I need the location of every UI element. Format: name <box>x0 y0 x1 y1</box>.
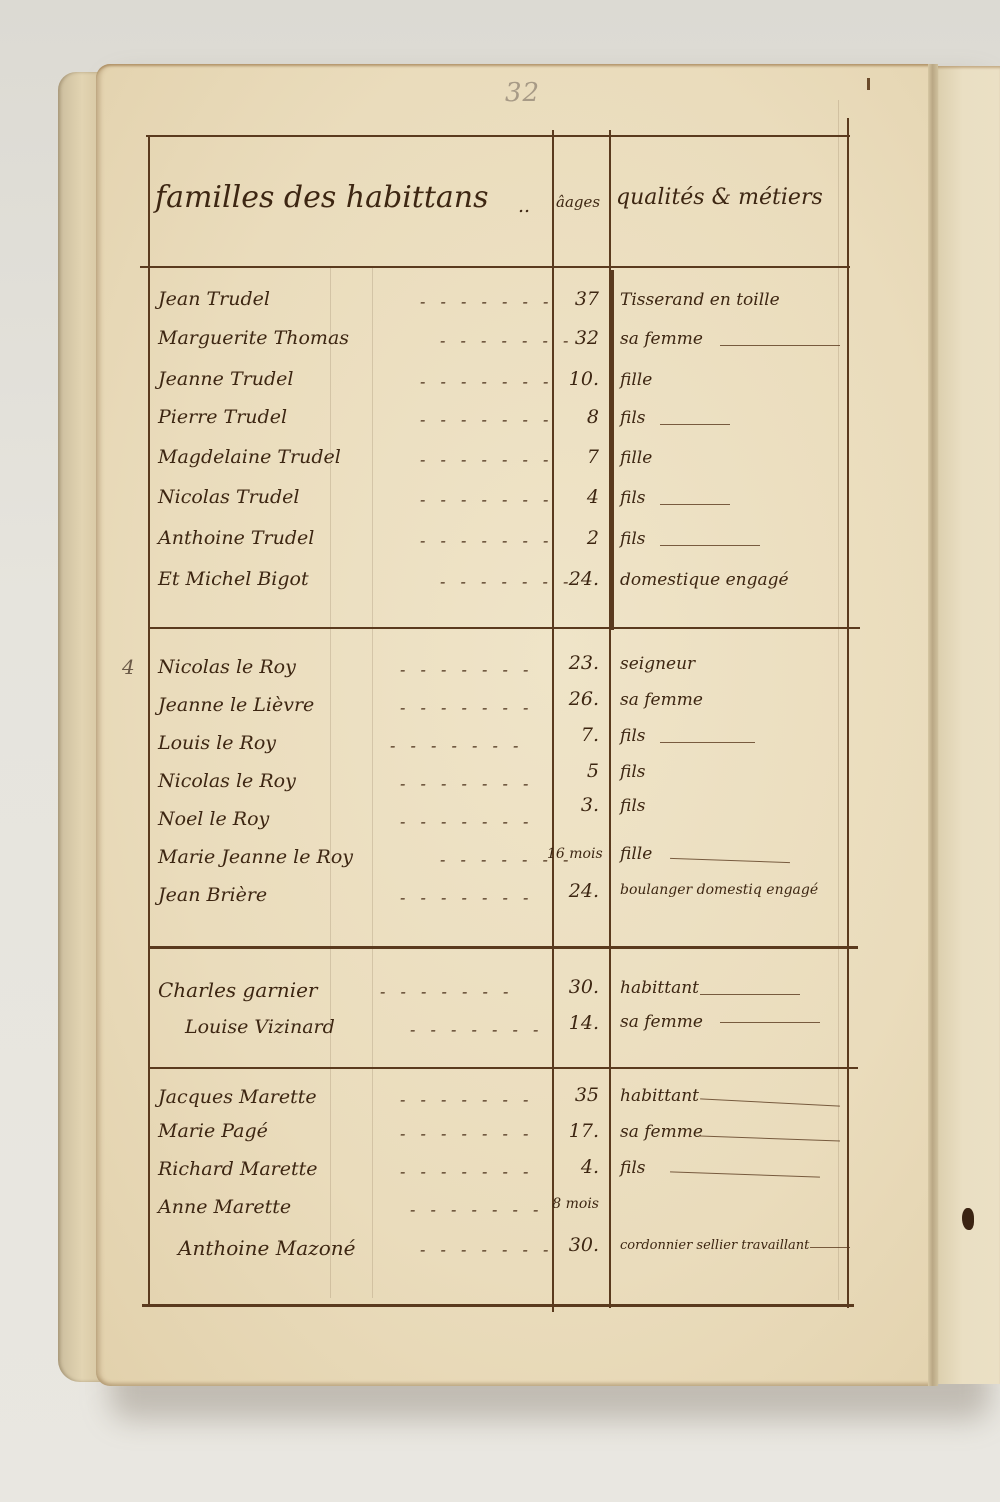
member-name: Et Michel Bigot <box>158 568 309 590</box>
member-age: 7 <box>547 446 599 468</box>
member-quality: fils <box>620 726 646 746</box>
member-age: 23. <box>547 652 599 674</box>
member-age: 4. <box>547 1156 599 1178</box>
member-quality: seigneur <box>620 654 695 674</box>
member-age: 8 <box>547 406 599 428</box>
table-right-rule <box>847 118 849 1308</box>
member-quality: boulanger domestiq engagé <box>620 882 818 898</box>
family-separator-2 <box>148 946 858 949</box>
line-filler <box>810 1247 850 1248</box>
member-age: 24. <box>547 568 599 590</box>
member-name: Pierre Trudel <box>158 406 287 428</box>
dot-leader: - - - - - - - <box>400 660 533 679</box>
member-quality: cordonnier sellier travaillant <box>620 1238 809 1253</box>
member-name: Louise Vizinard <box>185 1016 335 1038</box>
member-name: Anthoine Mazoné <box>178 1236 355 1260</box>
member-name: Richard Marette <box>158 1158 318 1180</box>
member-quality: habittant <box>620 1086 699 1106</box>
member-name: Jeanne Trudel <box>158 368 293 390</box>
member-quality: fils <box>620 1158 646 1178</box>
dot-leader: - - - - - - - <box>420 490 553 509</box>
register-page <box>96 64 936 1386</box>
dot-leader: - - - - - - - <box>400 1124 533 1143</box>
member-age: 8 mois <box>547 1196 599 1212</box>
dot-leader: - - - - - - - <box>400 698 533 717</box>
member-quality: fils <box>620 762 646 782</box>
member-quality: habittant <box>620 978 699 998</box>
member-age: 17. <box>547 1120 599 1142</box>
margin-mark: 4 <box>122 655 135 679</box>
header-families: familles des habittans <box>155 180 489 215</box>
member-quality: fille <box>620 370 652 390</box>
member-name: Magdelaine Trudel <box>158 446 341 468</box>
member-name: Marguerite Thomas <box>158 327 349 349</box>
member-age: 16 mois <box>547 846 599 862</box>
member-name: Jeanne le Lièvre <box>158 694 314 716</box>
dot-leader: - - - - - - - <box>400 1162 533 1181</box>
dot-leader: - - - - - - - <box>420 410 553 429</box>
member-age: 14. <box>547 1012 599 1034</box>
member-name: Noel le Roy <box>158 808 269 830</box>
member-age: 26. <box>547 688 599 710</box>
member-age: 37 <box>547 288 599 310</box>
dot-leader: - - - - - - - <box>420 450 553 469</box>
member-name: Nicolas le Roy <box>158 770 296 792</box>
member-age: 30. <box>547 976 599 998</box>
family-separator-3 <box>148 1067 858 1069</box>
line-filler <box>720 345 840 346</box>
faint-ruling <box>330 268 331 1298</box>
ink-speck <box>867 78 870 90</box>
book-gutter <box>928 64 938 1386</box>
family-separator-1 <box>148 627 860 629</box>
member-age: 24. <box>547 880 599 902</box>
dot-leader: - - - - - - - <box>410 1020 543 1039</box>
member-quality: fils <box>620 529 646 549</box>
faint-ruling <box>838 100 839 1300</box>
member-age: 5 <box>547 760 599 782</box>
member-age: 10. <box>547 368 599 390</box>
member-quality: sa femme <box>620 329 703 349</box>
dot-leader: - - - - - - - <box>420 372 553 391</box>
member-name: Marie Jeanne le Roy <box>158 846 353 868</box>
member-quality: fils <box>620 796 646 816</box>
dot-leader: - - - - - - - <box>420 531 553 550</box>
header-quality: qualités & métiers <box>616 185 823 210</box>
member-quality: Tisserand en toille <box>620 290 780 310</box>
member-quality: sa femme <box>620 1122 703 1142</box>
table-top-rule <box>146 135 850 137</box>
line-filler <box>660 742 755 743</box>
faint-ruling <box>372 268 373 1298</box>
member-age: 3. <box>547 794 599 816</box>
line-filler <box>660 504 730 505</box>
member-name: Anne Marette <box>158 1196 291 1218</box>
member-quality: sa femme <box>620 1012 703 1032</box>
line-filler <box>660 545 760 546</box>
member-quality: fille <box>620 448 652 468</box>
line-filler <box>720 1022 820 1023</box>
member-name: Jean Trudel <box>158 288 270 310</box>
dot-leader: - - - - - - - <box>420 1240 553 1259</box>
facing-page <box>938 66 1000 1384</box>
member-quality: fille <box>620 844 652 864</box>
member-age: 2 <box>547 527 599 549</box>
member-quality: fils <box>620 408 646 428</box>
folio-number: 32 <box>505 78 540 108</box>
member-age: 4 <box>547 486 599 508</box>
member-name: Nicolas Trudel <box>158 486 299 508</box>
member-name: Nicolas le Roy <box>158 656 296 678</box>
member-name: Marie Pagé <box>158 1120 268 1142</box>
member-name: Anthoine Trudel <box>158 527 314 549</box>
dot-leader: - - - - - - - <box>410 1200 543 1219</box>
table-bottom-rule <box>142 1304 854 1307</box>
member-name: Jacques Marette <box>158 1086 317 1108</box>
header-age: âages <box>556 193 600 211</box>
header-separator <box>140 266 850 268</box>
dot-leader: - - - - - - - <box>400 812 533 831</box>
member-age: 35 <box>547 1084 599 1106</box>
member-age: 30. <box>547 1234 599 1256</box>
header-dots: .. <box>518 195 530 217</box>
dot-leader: - - - - - - - <box>400 888 533 907</box>
dot-leader: - - - - - - - <box>420 292 553 311</box>
member-quality: fils <box>620 488 646 508</box>
line-filler <box>700 994 800 995</box>
line-filler <box>660 424 730 425</box>
member-quality: domestique engagé <box>620 570 789 590</box>
member-age: 7. <box>547 724 599 746</box>
member-age: 32 <box>547 327 599 349</box>
member-name: Jean Brière <box>158 884 267 906</box>
quality-column-rule-heavy <box>609 270 614 630</box>
dot-leader: - - - - - - - <box>400 774 533 793</box>
ink-blot <box>962 1208 974 1230</box>
dot-leader: - - - - - - - <box>380 982 513 1001</box>
table-left-rule <box>148 135 150 1307</box>
member-quality: sa femme <box>620 690 703 710</box>
member-name: Louis le Roy <box>158 732 276 754</box>
dot-leader: - - - - - - - <box>390 736 523 755</box>
dot-leader: - - - - - - - <box>400 1090 533 1109</box>
member-name: Charles garnier <box>158 978 317 1002</box>
